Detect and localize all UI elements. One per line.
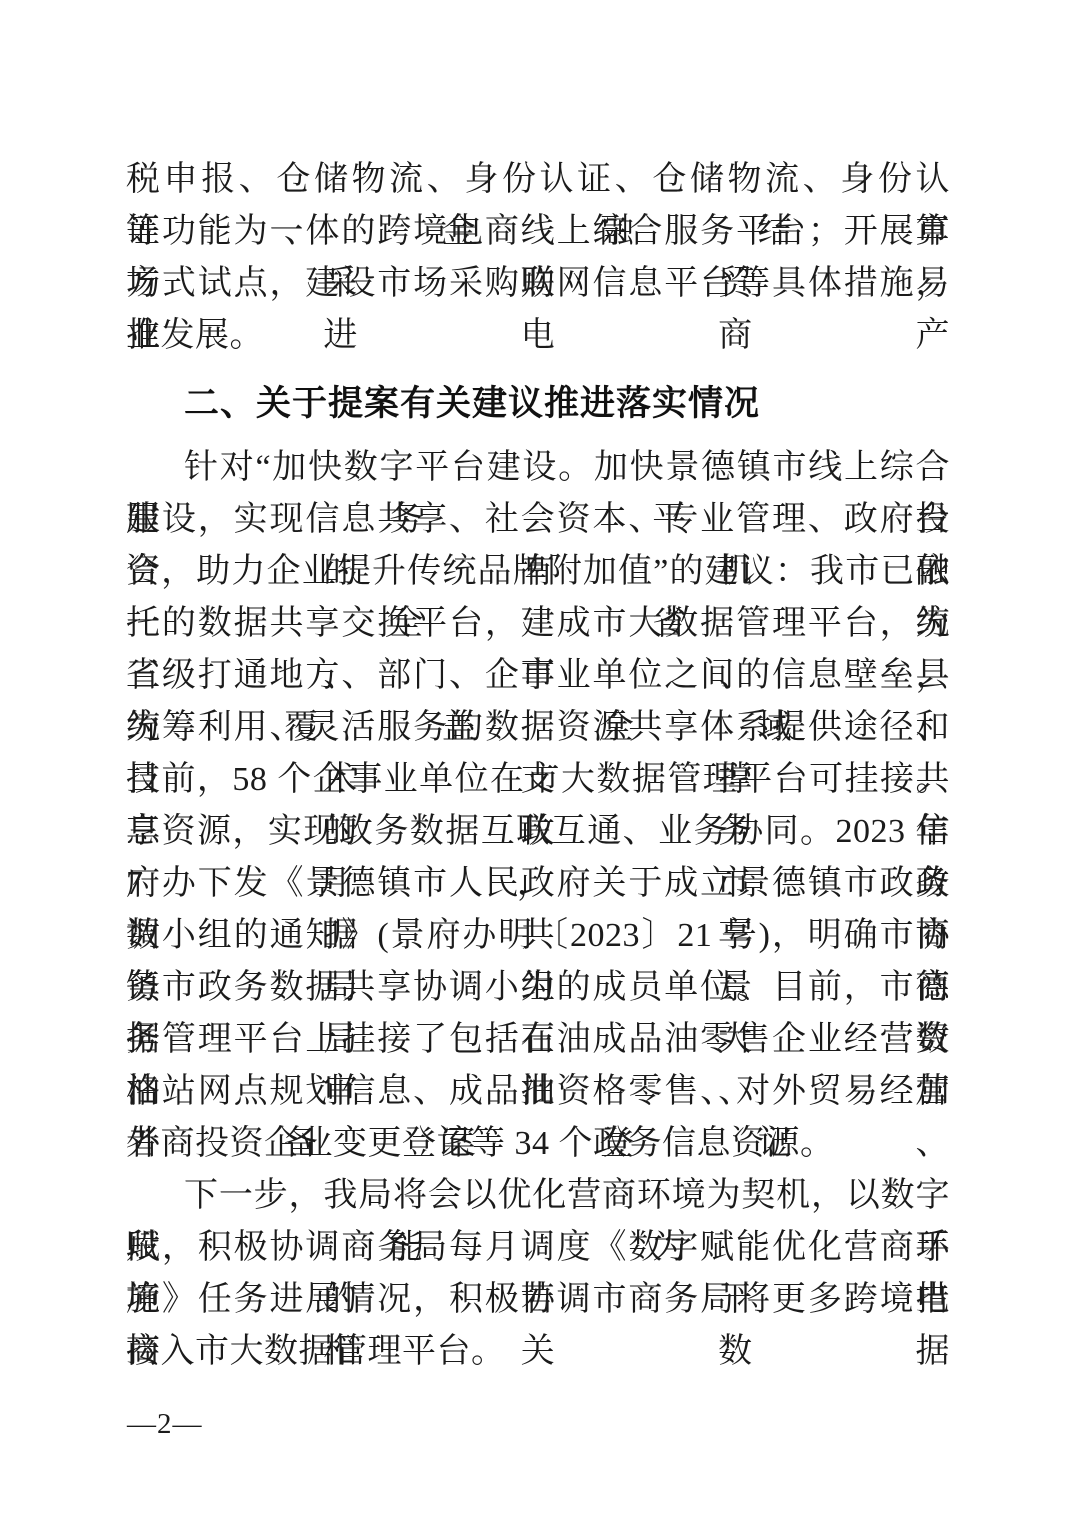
text-line: 税申报、仓储物流、身份认证、仓储物流、身份认证、金融结算 bbox=[126, 154, 950, 206]
page-number: —2— bbox=[127, 1404, 203, 1444]
text-line: 外商投资企业变更登记等 34 个政务信息资源。 bbox=[126, 1118, 950, 1170]
text-line: 施》任务进展情况，积极协调市商务局将更多跨境电商相关数据 bbox=[126, 1274, 950, 1326]
document-body: 税申报、仓储物流、身份认证、仓储物流、身份认证、金融结算等功能为一体的跨境电商线… bbox=[126, 154, 950, 1378]
text-line: 等功能为一体的跨境电商线上综合服务平台；开展市场采购贸易 bbox=[126, 206, 950, 258]
text-line: 调小组的通知》(景府办明〔2023〕21 号)，明确市商务局为景德 bbox=[126, 910, 950, 962]
text-line: 油站网点规划信息、成品油资格零售、对外贸易经营者备案登记、 bbox=[126, 1066, 950, 1118]
text-line: 下一步，我局将会以优化营商环境为契机，以数字赋能为手 bbox=[126, 1170, 950, 1222]
text-line: 统筹利用、灵活服务的数据资源共享体系提供途径和技术支撑。 bbox=[126, 702, 950, 754]
text-line: 镇市政务数据共享协调小组的成员单位。目前，市商务局在大数 bbox=[126, 962, 950, 1014]
text-line: 目前，58 个企事业单位在市大数据管理平台可挂接共享的政务信 bbox=[126, 754, 950, 806]
text-line: 合，助力企业提升传统品牌附加值”的建议：我市已依托全省统 bbox=[126, 546, 950, 598]
text-line: 段，积极协调商务局每月调度《数字赋能优化营商环境的若干措 bbox=[126, 1222, 950, 1274]
text-line: 三级打通地方、部门、企事业单位之间的信息壁垒，为覆盖全域、 bbox=[126, 650, 950, 702]
section-heading: 二、关于提案有关建议推进落实情况 bbox=[126, 378, 950, 430]
text-line: 据管理平台上挂接了包括石油成品油零售企业经营资格审批、加 bbox=[126, 1014, 950, 1066]
text-line: 一的数据共享交换平台，建成市大数据管理平台，为省、市、县 bbox=[126, 598, 950, 650]
text-line: 建设，实现信息共享、社会资本、专业管理、政府投资的有机融 bbox=[126, 494, 950, 546]
text-line: 方式试点，建设市场采购联网信息平台等具体措施，推进电商产 bbox=[126, 258, 950, 310]
text-line: 针对“加快数字平台建设。加快景德镇市线上综合服务平台 bbox=[126, 442, 950, 494]
text-line: 府办下发《景德镇市人民政府关于成立景德镇市政务数据共享协 bbox=[126, 858, 950, 910]
document-page: 税申报、仓储物流、身份认证、仓储物流、身份认证、金融结算等功能为一体的跨境电商线… bbox=[0, 0, 1074, 1520]
text-line: 息资源，实现政务数据互联互通、业务协同。2023 年 7 月，市政 bbox=[126, 806, 950, 858]
